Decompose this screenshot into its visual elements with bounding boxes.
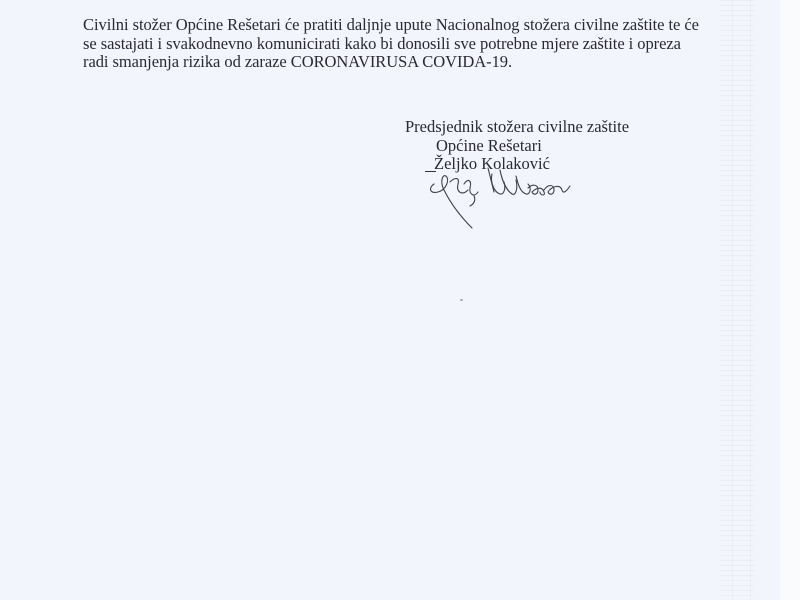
signatory-title: Predsjednik stožera civilne zaštite [405, 118, 629, 137]
signatory-organization: Općine Rešetari [405, 137, 629, 156]
scan-speck [460, 299, 463, 301]
page-edge [780, 0, 800, 600]
signature-icon [420, 162, 590, 232]
paragraph-line: se sastajati i svakodnevno komunicirati … [83, 35, 703, 54]
paragraph-line: radi smanjenja rizika od zaraze CORONAVI… [83, 53, 703, 72]
scanned-document-page: Civilni stožer Općine Rešetari će pratit… [0, 0, 800, 600]
scan-artifact-strip [720, 0, 754, 600]
paragraph-line: Civilni stožer Općine Rešetari će pratit… [83, 16, 703, 35]
body-paragraph: Civilni stožer Općine Rešetari će pratit… [83, 16, 703, 72]
